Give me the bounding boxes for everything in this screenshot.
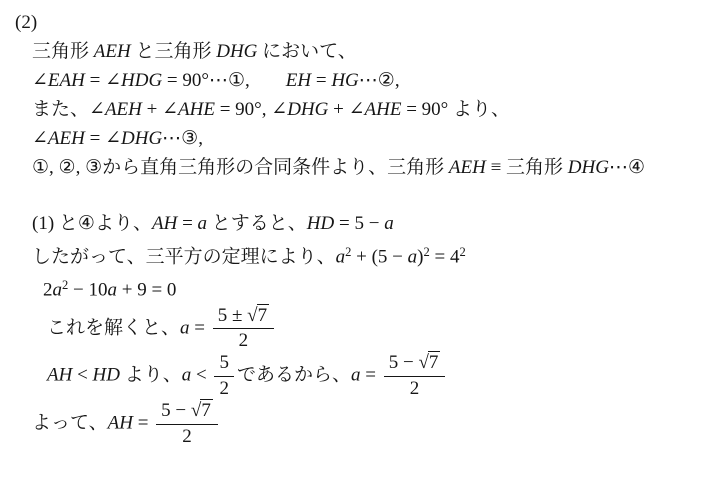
congruent-symbol: ≡ [486,157,506,178]
math-var: AEH [94,41,131,62]
line-constraint: AH < HD より、a < 52であるから、a = 5 − √72 [47,352,708,400]
math-symbol: + ∠ [142,99,178,120]
line-pythagorean: したがって、三平方の定理により、a2 + (5 − a)2 = 42 [32,238,708,271]
problem-number: (2) [15,8,708,37]
math-symbol: = [190,317,210,338]
math-symbol: ∠ [89,99,105,120]
math-var: HD [93,365,120,386]
exponent: 2 [459,245,465,259]
math-var: AHE [365,99,402,120]
numerator: 5 − √7 [156,400,218,424]
math-var: DHG [568,157,609,178]
radicand: 7 [428,351,441,373]
math-symbol: = [177,213,197,234]
radicand: 7 [200,399,213,421]
math-text: 5 ± [218,305,247,326]
math-symbol: = [133,412,153,433]
text-run: 三角形 [32,41,94,62]
math-var: EH [286,70,311,91]
math-symbol: = [361,365,381,386]
math-symbol: < [191,365,211,386]
text-run: したがって、三平方の定理により、 [32,246,336,267]
math-var: HG [331,70,358,91]
math-text: 5 − [161,400,191,421]
line-answer: よって、AH = 5 − √72 [32,400,708,448]
text-run: より、 [453,99,510,120]
math-var: a [336,246,346,267]
proof-line-intro: 三角形 AEH と三角形 DHG において、 [32,37,708,66]
numerator: 5 − √7 [384,352,446,376]
blank-line [32,182,708,209]
text-run: において、 [257,41,356,62]
math-symbol: ∠ [32,128,48,149]
denominator: 2 [156,425,218,448]
math-symbol: + 9 = 0 [117,280,176,301]
math-symbol: + (5 − [351,246,407,267]
math-symbol: = 4 [430,246,460,267]
circled-ref: ④ [78,213,95,234]
math-symbol: = 90° [401,99,453,120]
math-var: EAH [48,70,85,91]
text-run: これを解くと、 [47,317,180,338]
text-run: より、 [95,213,152,234]
math-var: a [198,213,208,234]
math-var: AEH [48,128,85,149]
text-run: よって、 [32,412,108,433]
math-var: DHG [121,128,162,149]
math-symbol: = 5 − [334,213,384,234]
math-var: AH [108,412,133,433]
line-quadratic: 2a2 − 10a + 9 = 0 [43,271,708,304]
math-symbol: ⋯②, [359,70,400,91]
proof-line-congruence: ①, ②, ③から直角三角形の合同条件より、三角形 AEH ≡ 三角形 DHG⋯… [32,153,708,182]
math-var: a [180,317,190,338]
fraction: 5 ± √72 [213,305,274,353]
denominator: 2 [384,377,446,400]
circled-refs: ①, ②, ③ [32,157,102,178]
math-symbol: = ∠ [85,128,121,149]
fraction: 5 − √72 [384,352,446,400]
numerator: 5 ± √7 [213,305,274,329]
math-var: AEH [449,157,486,178]
math-coeff: 2 [43,280,53,301]
math-symbol: ∠ [32,70,48,91]
line-setup: (1) と④より、AH = a とすると、HD = 5 − a [32,209,708,238]
math-symbol: ⋯④ [609,157,645,178]
math-var: AH [47,365,72,386]
math-var: a [107,280,117,301]
math-symbol: < [72,365,92,386]
ref-label: (1) [32,213,59,234]
fraction: 5 − √72 [156,400,218,448]
math-symbol: = [311,70,331,91]
math-text: 5 − [389,352,419,373]
line-solve: これを解くと、a = 5 ± √72 [47,305,708,353]
math-var: a [351,365,361,386]
math-var: a [182,365,192,386]
problem-number-label: (2) [15,12,37,33]
fraction: 52 [214,352,234,400]
math-symbol: = ∠ [85,70,121,91]
numerator: 5 [214,352,234,376]
text-run: また、 [32,99,89,120]
math-symbol: = 90°, ∠ [215,99,287,120]
text-run: と三角形 [131,41,217,62]
text-run: 三角形 [506,157,568,178]
radicand: 7 [257,304,270,326]
math-symbol: + ∠ [328,99,364,120]
text-run: とすると、 [207,213,307,234]
math-var: a [408,246,418,267]
math-symbol: = 90°⋯①, [162,70,250,91]
math-solution-document: (2) 三角形 AEH と三角形 DHG において、 ∠EAH = ∠HDG =… [0,0,716,478]
math-var: HDG [121,70,162,91]
solution-body: 三角形 AEH と三角形 DHG において、 ∠EAH = ∠HDG = 90°… [32,37,708,448]
denominator: 2 [213,329,274,352]
math-var: DHG [287,99,328,120]
math-var: HD [307,213,334,234]
text-run: と [59,213,78,234]
text-run: より、 [120,365,182,386]
proof-line-angle-sums: また、∠AEH + ∠AHE = 90°, ∠DHG + ∠AHE = 90° … [32,95,708,124]
text-run: であるから、 [237,365,351,386]
math-var: AEH [105,99,142,120]
proof-line-angles-equal: ∠AEH = ∠DHG⋯③, [32,124,708,153]
proof-line-right-angles: ∠EAH = ∠HDG = 90°⋯①,EH = HG⋯②, [32,66,708,95]
math-var: DHG [216,41,257,62]
math-var: a [53,280,63,301]
denominator: 2 [214,377,234,400]
math-var: AHE [178,99,215,120]
math-symbol: ⋯③, [162,128,203,149]
math-var: a [384,213,394,234]
math-symbol: − 10 [68,280,107,301]
math-var: AH [152,213,177,234]
text-run: から直角三角形の合同条件より、三角形 [102,157,449,178]
